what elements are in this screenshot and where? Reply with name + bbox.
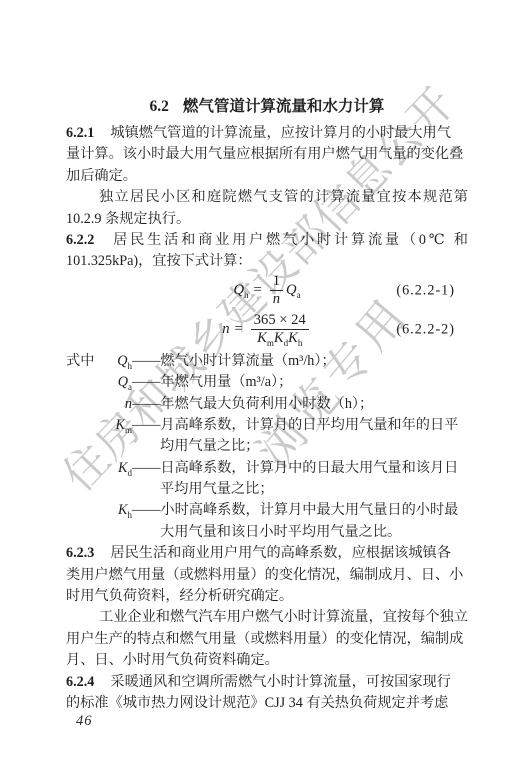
fraction-365x24: 365 × 24KmKdKh xyxy=(251,312,309,347)
formula-var-n: n xyxy=(222,321,229,337)
def-symbol-Kd: Kd xyxy=(102,458,132,479)
equals-sign: = xyxy=(235,321,243,337)
def-text-Kd: 日高峰系数，计算月中的日最大用气量和该月日 xyxy=(160,458,458,479)
formula-var-Q2: Q xyxy=(286,282,297,298)
heading-title: 燃气管道计算流量和水力计算 xyxy=(183,98,385,115)
para-621-line2: 量计算。该小时最大用气量应根据所有用户燃气用气量的变化叠 xyxy=(66,144,468,165)
para-621-line1: 6.2.1城镇燃气管道的计算流量，应按计算月的小时最大用气 xyxy=(66,123,468,144)
def-dash: —— xyxy=(132,394,160,415)
para-624-line1: 6.2.4采暖通风和空调所需燃气小时计算流量，可按国家现行 xyxy=(66,672,468,693)
formula-var-K: K xyxy=(288,330,298,346)
def-Kh-line2: 大用气量和该日小时平均用气量之比。 xyxy=(66,522,468,543)
formula-sub-h: h xyxy=(298,338,303,348)
para-624-text1: 采暖通风和空调所需燃气小时计算流量，可按国家现行 xyxy=(110,674,451,690)
formula-6222-body: n=365 × 24KmKdKh xyxy=(222,312,312,347)
def-dash: —— xyxy=(132,458,160,479)
def-Kd-line2: 平均用气量之比； xyxy=(66,479,468,500)
equation-number-6222: (6.2.2-2) xyxy=(396,321,455,338)
formula-6222: n=365 × 24KmKdKh (6.2.2-2) xyxy=(66,309,468,351)
def-symbol-n: n xyxy=(102,394,132,415)
def-Kd: Kd——日高峰系数，计算月中的日最大用气量和该月日 xyxy=(66,458,468,479)
equation-number-6221: (6.2.2-1) xyxy=(396,282,455,299)
clause-label-621: 6.2.1 xyxy=(66,125,94,141)
para-624-line2: 的标准《城市热力网设计规范》CJJ 34 有关热负荷规定并考虑 xyxy=(66,693,468,714)
para-623-text1: 居民生活和商业用户用气的高峰系数，应根据该城镇各 xyxy=(110,545,451,561)
def-text-Qa: 年燃气用量（m³/a）； xyxy=(160,372,292,393)
para-623b-line2: 用户生产的特点和燃气用量（或燃料用量）的变化情况，编制成 xyxy=(66,629,468,650)
formula-sub-a: a xyxy=(297,290,301,300)
clause-label-624: 6.2.4 xyxy=(66,674,94,690)
def-text-Km: 月高峰系数，计算月的日平均用气量和年的日平 xyxy=(160,415,458,436)
formula-6221: Qh=1nQa (6.2.2-1) xyxy=(66,273,468,309)
para-621b-line1: 独立居民小区和庭院燃气支管的计算流量宜按本规范第 xyxy=(66,187,468,208)
para-622-line2: 101.325kPa)，宜按下式计算： xyxy=(66,251,468,272)
clause-label-623: 6.2.3 xyxy=(66,545,94,561)
symbol-Q: Q xyxy=(118,374,128,390)
equals-sign: = xyxy=(253,282,261,298)
formula-sub-m: m xyxy=(267,338,274,348)
def-Km: Km——月高峰系数，计算月的日平均用气量和年的日平 xyxy=(66,415,468,436)
symbol-n: n xyxy=(125,396,132,412)
formula-var-K: K xyxy=(274,330,284,346)
para-621b-line2: 10.2.9 条规定执行。 xyxy=(66,209,468,230)
def-dash: —— xyxy=(132,415,160,436)
symbol-K: K xyxy=(118,460,127,476)
document-page: { "colors": { "ink": "#1f1f1f", "waterma… xyxy=(0,0,529,766)
para-621-line3: 加后确定。 xyxy=(66,166,468,187)
symbol-K: K xyxy=(118,502,127,518)
def-dash: —— xyxy=(132,372,160,393)
page-content: 6.2.1城镇燃气管道的计算流量，应按计算月的小时最大用气 量计算。该小时最大用… xyxy=(66,123,468,714)
para-623-line3: 时用气负荷资料，经分析研究确定。 xyxy=(66,586,468,607)
def-symbol-Qh: Qh xyxy=(102,351,132,372)
para-622-line1: 6.2.2居民生活和商业用户燃气小时计算流量（0℃ 和 xyxy=(66,230,468,251)
def-text-Kh: 小时高峰系数，计算月中最大用气量日的小时最 xyxy=(160,500,458,521)
fraction-denominator: n xyxy=(270,290,283,309)
para-623b-line1: 工业企业和燃气汽车用户燃气小时计算流量，宜按每个独立 xyxy=(66,607,468,628)
def-text-Qh: 燃气小时计算流量（m³/h）； xyxy=(160,351,335,372)
page-number: 46 xyxy=(76,713,93,730)
def-dash: —— xyxy=(132,351,160,372)
fraction-numerator: 1 xyxy=(270,273,283,290)
formula-6221-body: Qh=1nQa xyxy=(233,273,300,308)
para-621-text1: 城镇燃气管道的计算流量，应按计算月的小时最大用气 xyxy=(110,125,451,141)
formula-sub-h: h xyxy=(244,290,249,300)
symbol-sub-m: m xyxy=(125,425,132,435)
def-dash: —— xyxy=(132,500,160,521)
fraction-denominator: KmKdKh xyxy=(251,329,309,348)
def-Qa: Qa——年燃气用量（m³/a）； xyxy=(66,372,468,393)
def-symbol-Kh: Kh xyxy=(102,500,132,521)
def-symbol-Km: Km xyxy=(102,415,132,436)
para-623-line1: 6.2.3居民生活和商业用户用气的高峰系数，应根据该城镇各 xyxy=(66,543,468,564)
formula-var-Q: Q xyxy=(233,282,244,298)
clause-label-622: 6.2.2 xyxy=(66,232,94,248)
fraction-1-over-n: 1n xyxy=(270,273,283,308)
heading-number: 6.2 xyxy=(150,98,169,115)
formula-var-K: K xyxy=(257,330,267,346)
def-text-n: 年燃气最大负荷利用小时数（h）； xyxy=(160,394,373,415)
fraction-numerator: 365 × 24 xyxy=(251,312,309,329)
symbol-Q: Q xyxy=(117,353,127,369)
para-623-line2: 类用户燃气用量（或燃料用量）的变化情况，编制成月、日、小 xyxy=(66,565,468,586)
def-n: n——年燃气最大负荷利用小时数（h）； xyxy=(66,394,468,415)
def-Km-line2: 均用气量之比； xyxy=(66,436,468,457)
def-intro: 式中 xyxy=(66,351,102,372)
para-623b-line3: 月、日、小时用气负荷资料确定。 xyxy=(66,650,468,671)
para-622-text1: 居民生活和商业用户燃气小时计算流量（0℃ 和 xyxy=(110,232,468,248)
def-Kh: Kh——小时高峰系数，计算月中最大用气量日的小时最 xyxy=(66,500,468,521)
def-symbol-Qa: Qa xyxy=(102,372,132,393)
section-heading: 6.2燃气管道计算流量和水力计算 xyxy=(66,94,468,116)
def-Qh: 式中Qh——燃气小时计算流量（m³/h）； xyxy=(66,351,468,372)
symbol-K: K xyxy=(116,417,125,433)
